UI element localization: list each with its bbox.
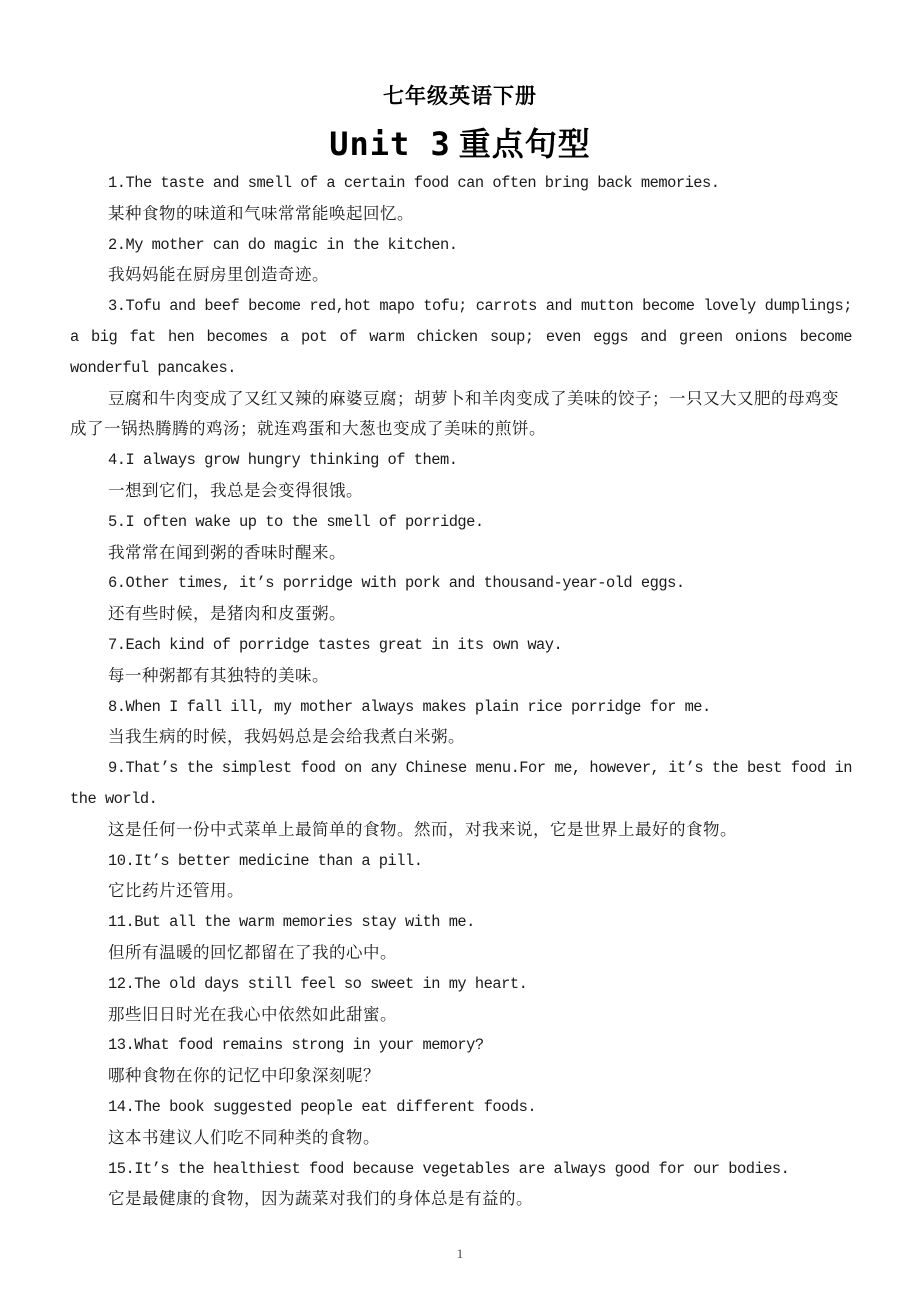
sentence-list: 1.The taste and smell of a certain food …	[70, 168, 852, 1215]
sentence-item-2: 2.My mother can do magic in the kitchen.…	[70, 230, 852, 292]
sentence-chinese: 这是任何一份中式菜单上最简单的食物。然而，对我来说，它是世界上最好的食物。	[70, 815, 852, 846]
sentence-chinese: 豆腐和牛肉变成了又红又辣的麻婆豆腐；胡萝卜和羊肉变成了美味的饺子；一只又大又肥的…	[70, 384, 852, 446]
sentence-chinese: 但所有温暖的回忆都留在了我的心中。	[70, 938, 852, 969]
title-unit: Unit 3	[329, 125, 451, 163]
sentence-item-3: 3.Tofu and beef become red,hot mapo tofu…	[70, 291, 852, 445]
sentence-chinese: 我常常在闻到粥的香味时醒来。	[70, 538, 852, 569]
sentence-english: 4.I always grow hungry thinking of them.	[70, 445, 852, 476]
sentence-english: 15.It’s the healthiest food because vege…	[70, 1154, 852, 1185]
sentence-english: 9.That’s the simplest food on any Chines…	[70, 753, 852, 815]
document-page: 七年级英语下册 Unit 3 重点句型 1.The taste and smel…	[0, 0, 920, 1302]
sentence-chinese: 它是最健康的食物，因为蔬菜对我们的身体总是有益的。	[70, 1184, 852, 1215]
sentence-english: 10.It’s better medicine than a pill.	[70, 846, 852, 877]
sentence-english: 13.What food remains strong in your memo…	[70, 1030, 852, 1061]
sentence-english: 1.The taste and smell of a certain food …	[70, 168, 852, 199]
sentence-chinese: 每一种粥都有其独特的美味。	[70, 661, 852, 692]
sentence-item-14: 14.The book suggested people eat differe…	[70, 1092, 852, 1154]
sentence-chinese: 一想到它们，我总是会变得很饿。	[70, 476, 852, 507]
sentence-item-8: 8.When I fall ill, my mother always make…	[70, 692, 852, 754]
sentence-english: 8.When I fall ill, my mother always make…	[70, 692, 852, 723]
document-subtitle: 七年级英语下册	[0, 82, 920, 110]
document-title: Unit 3 重点句型	[0, 122, 920, 166]
sentence-chinese: 当我生病的时候，我妈妈总是会给我煮白米粥。	[70, 722, 852, 753]
sentence-english: 5.I often wake up to the smell of porrid…	[70, 507, 852, 538]
sentence-item-7: 7.Each kind of porridge tastes great in …	[70, 630, 852, 692]
sentence-english: 14.The book suggested people eat differe…	[70, 1092, 852, 1123]
sentence-chinese: 哪种食物在你的记忆中印象深刻呢？	[70, 1061, 852, 1092]
sentence-english: 11.But all the warm memories stay with m…	[70, 907, 852, 938]
sentence-english: 12.The old days still feel so sweet in m…	[70, 969, 852, 1000]
sentence-item-1: 1.The taste and smell of a certain food …	[70, 168, 852, 230]
sentence-english: 6.Other times, it’s porridge with pork a…	[70, 568, 852, 599]
sentence-item-15: 15.It’s the healthiest food because vege…	[70, 1154, 852, 1216]
sentence-chinese: 它比药片还管用。	[70, 876, 852, 907]
sentence-english: 2.My mother can do magic in the kitchen.	[70, 230, 852, 261]
sentence-item-10: 10.It’s better medicine than a pill. 它比药…	[70, 846, 852, 908]
sentence-chinese: 那些旧日时光在我心中依然如此甜蜜。	[70, 1000, 852, 1031]
sentence-chinese: 这本书建议人们吃不同种类的食物。	[70, 1123, 852, 1154]
sentence-english: 7.Each kind of porridge tastes great in …	[70, 630, 852, 661]
title-topic: 重点句型	[459, 125, 591, 163]
sentence-item-6: 6.Other times, it’s porridge with pork a…	[70, 568, 852, 630]
sentence-item-12: 12.The old days still feel so sweet in m…	[70, 969, 852, 1031]
sentence-chinese: 还有些时候，是猪肉和皮蛋粥。	[70, 599, 852, 630]
sentence-item-11: 11.But all the warm memories stay with m…	[70, 907, 852, 969]
sentence-english: 3.Tofu and beef become red,hot mapo tofu…	[70, 291, 852, 383]
sentence-item-13: 13.What food remains strong in your memo…	[70, 1030, 852, 1092]
sentence-chinese: 我妈妈能在厨房里创造奇迹。	[70, 260, 852, 291]
page-number: 1	[0, 1246, 920, 1262]
sentence-chinese: 某种食物的味道和气味常常能唤起回忆。	[70, 199, 852, 230]
sentence-item-4: 4.I always grow hungry thinking of them.…	[70, 445, 852, 507]
sentence-item-5: 5.I often wake up to the smell of porrid…	[70, 507, 852, 569]
sentence-item-9: 9.That’s the simplest food on any Chines…	[70, 753, 852, 845]
